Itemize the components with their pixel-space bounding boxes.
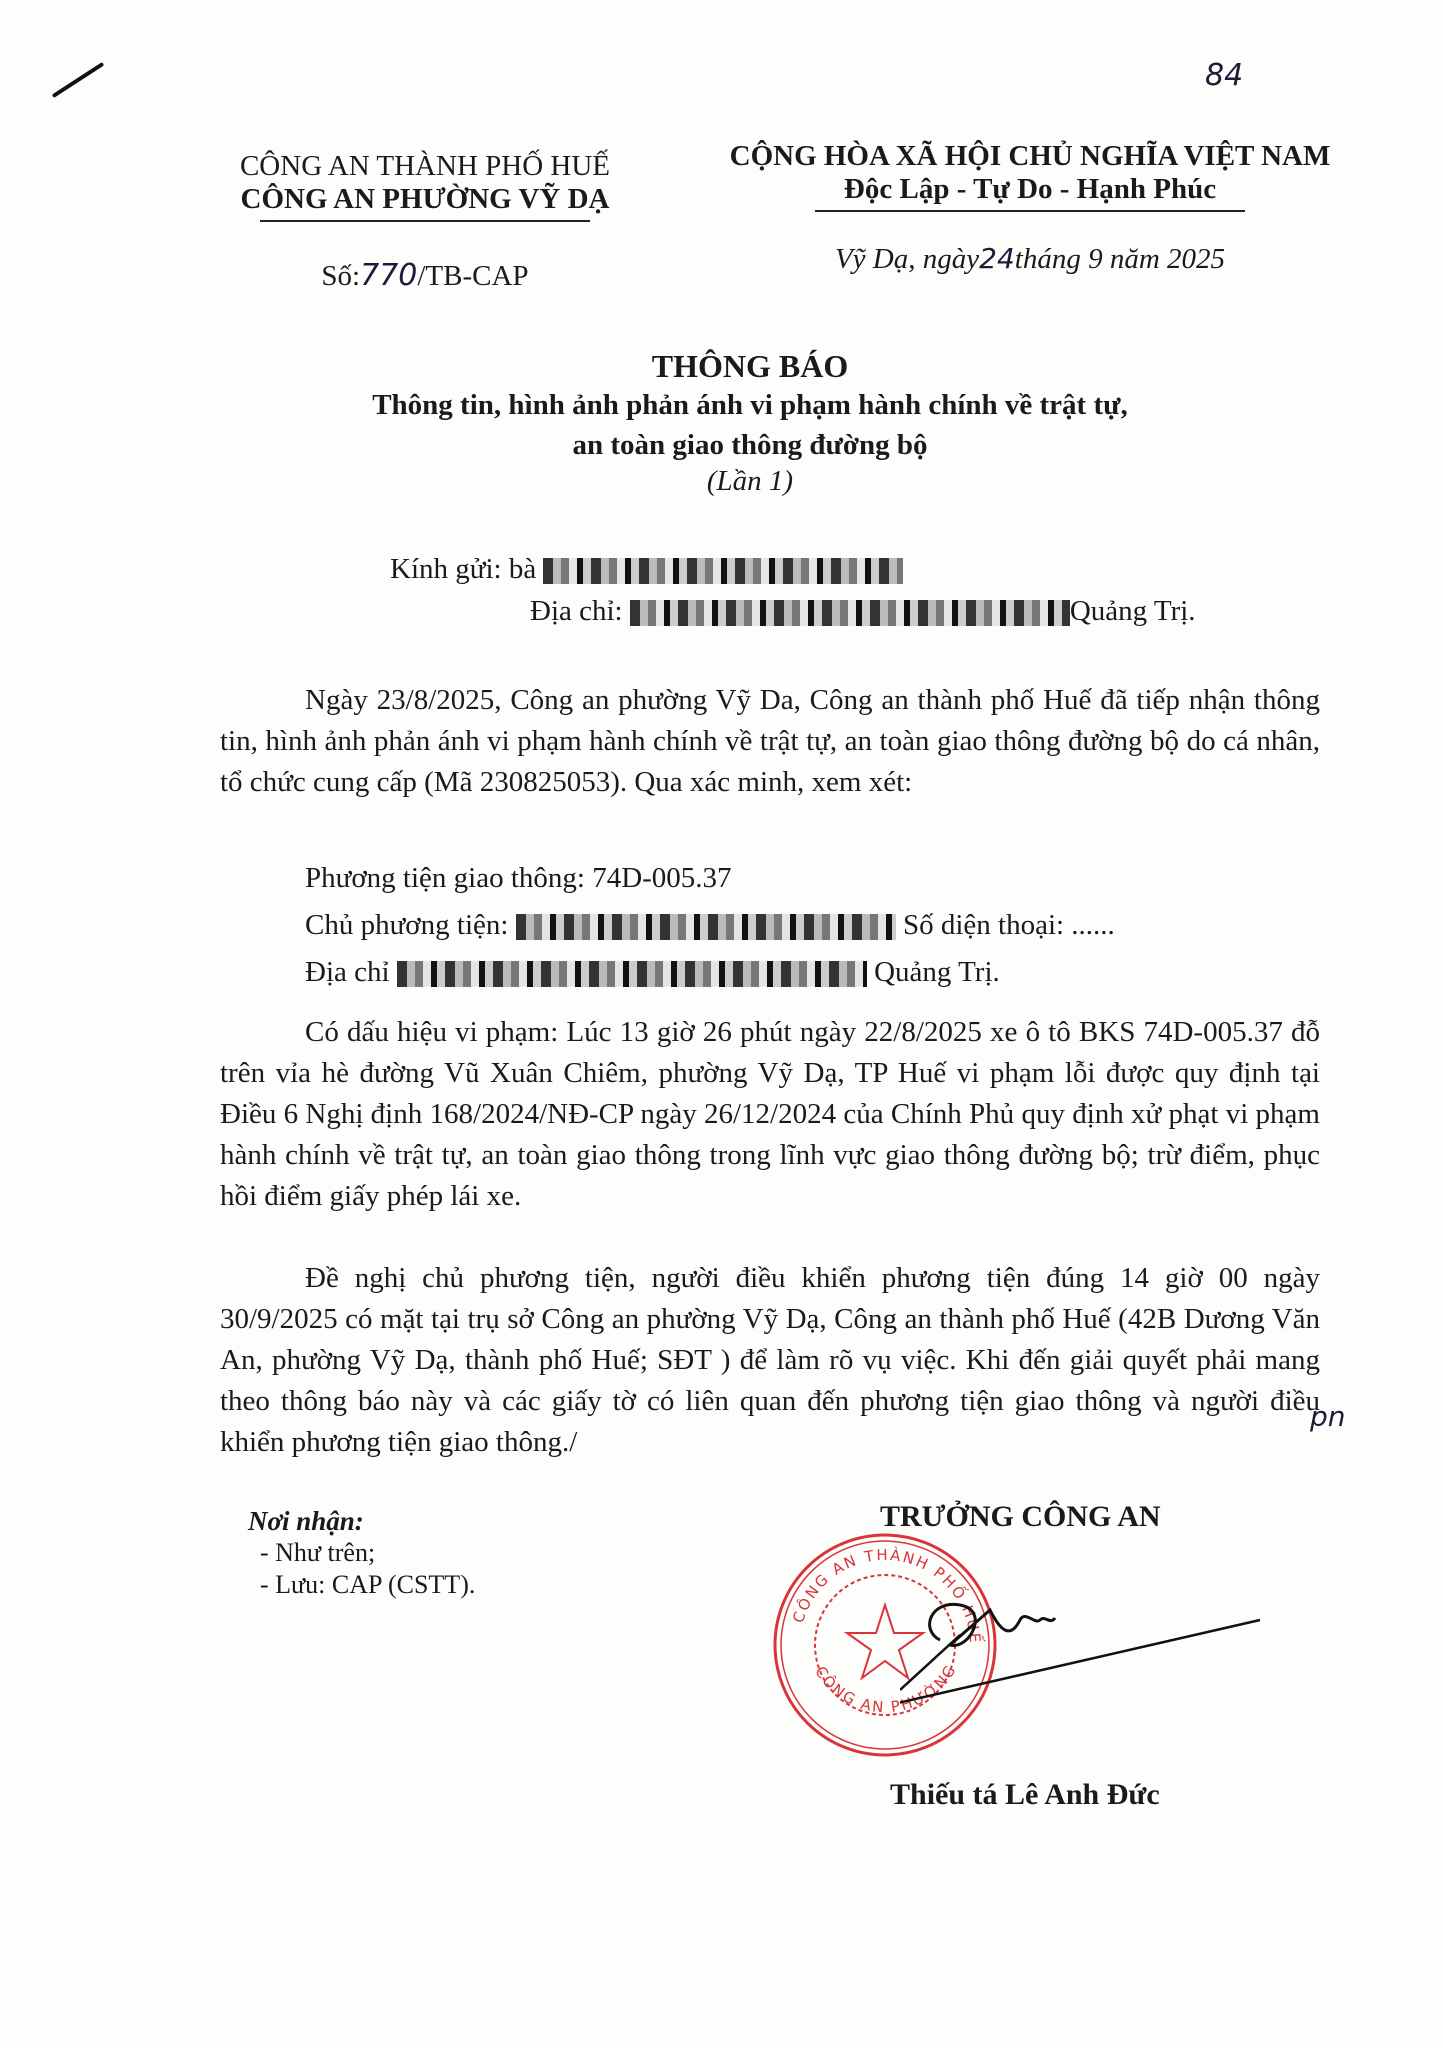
- handwritten-initials: pn: [1310, 1400, 1346, 1433]
- title-attempt: (Lần 1): [250, 465, 1250, 498]
- issue-date: Vỹ Dạ, ngày24tháng 9 năm 2025: [690, 242, 1370, 276]
- issuing-agency-header: CÔNG AN THÀNH PHỐ HUẾ CÔNG AN PHƯỜNG VỸ …: [190, 150, 660, 293]
- handwritten-day: 24: [979, 242, 1015, 275]
- title-subject-2: an toàn giao thông đường bộ: [250, 425, 1250, 465]
- redacted-owner: [516, 914, 896, 940]
- parent-agency: CÔNG AN THÀNH PHỐ HUẾ: [190, 150, 660, 183]
- page-number: 84: [1205, 58, 1243, 93]
- owner-address: Địa chỉ Quảng Trị.: [305, 952, 1335, 993]
- redacted-name: [543, 558, 903, 584]
- vehicle-owner: Chủ phương tiện: Số diện thoại: ......: [305, 905, 1335, 946]
- violation-paragraph: Có dấu hiệu vi phạm: Lúc 13 giờ 26 phút …: [220, 1012, 1320, 1217]
- handwritten-doc-number: 770: [360, 258, 417, 293]
- signature-icon: [900, 1580, 1280, 1730]
- issuing-unit: CÔNG AN PHƯỜNG VỸ DẠ: [190, 183, 660, 216]
- title-main: THÔNG BÁO: [250, 348, 1250, 385]
- distribution-heading: Nơi nhận:: [248, 1506, 475, 1537]
- signatory-name: Thiếu tá Lê Anh Đức: [890, 1778, 1160, 1812]
- header-rule: [260, 220, 590, 222]
- national-motto: Độc Lập - Tự Do - Hạnh Phúc: [690, 173, 1370, 206]
- national-header: CỘNG HÒA XÃ HỘI CHỦ NGHĨA VIỆT NAM Độc L…: [690, 140, 1370, 276]
- document-number: Số:770/TB-CAP: [190, 258, 660, 293]
- signatory-title: TRƯỞNG CÔNG AN: [880, 1500, 1161, 1534]
- recipient-block: Kính gửi: bà Địa chỉ: Quảng Trị.: [390, 548, 1196, 632]
- motto-rule: [815, 210, 1245, 212]
- recipient-address-label: Địa chỉ:: [530, 595, 623, 627]
- redacted-owner-address: [397, 961, 867, 987]
- distribution-item: - Lưu: CAP (CSTT).: [248, 1569, 475, 1601]
- title-subject-1: Thông tin, hình ảnh phản ánh vi phạm hàn…: [250, 385, 1250, 425]
- recipient-label: Kính gửi: bà: [390, 553, 536, 585]
- redacted-address: [630, 600, 1070, 626]
- distribution-item: - Như trên;: [248, 1537, 475, 1569]
- distribution-list: Nơi nhận: - Như trên; - Lưu: CAP (CSTT).: [248, 1506, 475, 1601]
- phone-label: Số diện thoại: ......: [903, 909, 1115, 941]
- intro-paragraph: Ngày 23/8/2025, Công an phường Vỹ Da, Cô…: [220, 680, 1320, 803]
- request-paragraph: Đề nghị chủ phương tiện, người điều khiể…: [220, 1258, 1320, 1463]
- country-name: CỘNG HÒA XÃ HỘI CHỦ NGHĨA VIỆT NAM: [690, 140, 1370, 173]
- pen-mark: [52, 62, 104, 98]
- vehicle-details: Phương tiện giao thông: 74D-005.37 Chủ p…: [305, 858, 1335, 999]
- notice-title: THÔNG BÁO Thông tin, hình ảnh phản ánh v…: [250, 348, 1250, 498]
- vehicle-plate: Phương tiện giao thông: 74D-005.37: [305, 858, 1335, 899]
